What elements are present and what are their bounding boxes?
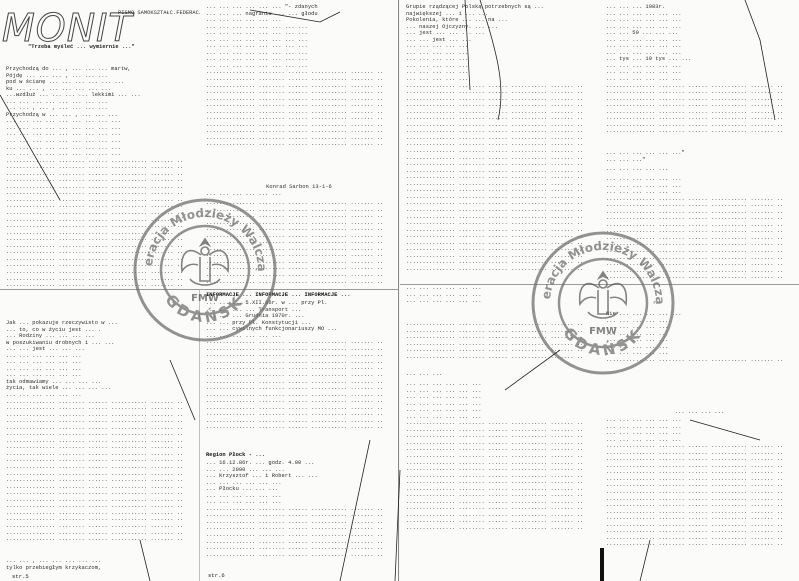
text-line: ............... ........ ...... ........… [406, 525, 594, 532]
text-line: ............... ........ ...... ........… [406, 453, 594, 460]
text-line: ............... ........ ...... ........… [6, 503, 194, 510]
page-4-text: ... ... ... 5.XII.86r. w ... przy Pl....… [206, 300, 392, 431]
fold-line [0, 289, 399, 290]
section-heading: ... ... ... ... ... ... [206, 191, 392, 198]
text-line: ............... ........ ...... ........… [206, 352, 392, 359]
text-line: ............... ........ ...... ........… [6, 418, 194, 425]
text-line: ............... ........ ...... ........… [606, 357, 793, 364]
page-1: MONIT PISMO SAMOKSZTAŁC.FEDERACJI MŁODZI… [0, 0, 200, 290]
text-line: ............... ........ ...... ........… [206, 213, 392, 220]
text-line: ... ... ... ... ... ... [406, 298, 594, 305]
text-line: ............... ........ ...... ........… [6, 223, 194, 230]
text-line: ............... ........ ...... ........… [206, 424, 392, 431]
page-6-body: ... ... ... ... ... ...... ... ... ... .… [606, 176, 793, 281]
page-number: str.6 [208, 572, 225, 579]
text-line: ............... ........ ...... ........… [406, 115, 594, 122]
text-line: ............... ........ ...... ........… [6, 236, 194, 243]
text-line: ... ... ..." [606, 157, 793, 164]
text-line: ............... ........ ...... ........… [6, 516, 194, 523]
text-line: ............... ........ ...... ........… [206, 239, 392, 246]
text-line: ............... ........ ...... ........… [6, 262, 194, 269]
text-line: "Trzeba myśleć ... [28, 44, 86, 50]
text-line: ............... ........ ...... ........… [606, 115, 793, 122]
page-6-quote: ... ... ... ... ... ..."... ... ..." [606, 150, 793, 163]
page-3: Jak ... pokazuje rzeczywisto w ...... to… [0, 290, 200, 581]
masthead-meta: PISMO SAMOKSZTAŁC.FEDERACJI MŁODZIEŻYWAL… [118, 10, 198, 16]
text-line: ............... ........ ...... ........… [606, 202, 793, 209]
page-number: str.5 [12, 573, 29, 580]
text-line: ............... ........ ...... ........… [606, 469, 793, 476]
section-heading: INFORMACJE ... INFORMACJE ... INFORMACJE… [206, 292, 392, 299]
page-6-heading: ... ... ... ... ... [606, 166, 793, 173]
page-2-signature: Konrad Sarbon 13-1-6 ... ... ... ... ...… [206, 184, 392, 197]
text-line: ............... ........ ...... ........… [406, 148, 594, 155]
text-line: ............... ........ ...... ........… [406, 207, 594, 214]
text-line: ............... ........ ...... ........… [206, 532, 392, 539]
text-line: ............... ........ ...... ........… [406, 347, 594, 354]
page-5: Grupie rządzącej Polską potrzebnych są .… [400, 0, 600, 285]
section-heading: ... ... ... ... [606, 409, 793, 416]
text-line: ............... ........ ...... ........… [606, 215, 793, 222]
text-line: ............... ........ ...... ........… [406, 200, 594, 207]
text-line: ............... ........ ...... ........… [206, 411, 392, 418]
text-line: ............... ........ ...... ........… [406, 420, 594, 427]
text-line: ............... ........ ...... ........… [206, 398, 392, 405]
page-8-body: ... ... ... ... ... ...... ... ... ... .… [606, 417, 793, 548]
page-3-text: Jak ... pokazuje rzeczywisto w ...... to… [6, 320, 194, 543]
fold-line [199, 290, 200, 581]
text-line: ............... ........ ...... ........… [606, 528, 793, 535]
text-line: ............... ........ ...... ........… [406, 174, 594, 181]
text-line: ............... ........ ...... ........… [606, 128, 793, 135]
text-line: ............... ........ ...... ........… [606, 228, 793, 235]
text-line: tylko przebiegłym krzykaczom, [6, 565, 194, 572]
text-line: ............... ........ ...... ........… [606, 541, 793, 548]
page-4-region: Region Płock - ... [206, 452, 392, 459]
text-line: ............... ........ ...... ........… [406, 354, 594, 361]
text-line: ............... ........ ...... ........… [206, 89, 392, 96]
text-line: ............... ........ ...... ........… [6, 282, 194, 289]
text-line: ............... ........ ...... ........… [6, 431, 194, 438]
page-7-top: ... ... ... ... ... ...... ... ... ... .… [406, 285, 594, 305]
page-7: ... ... ... ... ... ...... ... ... ... .… [400, 285, 600, 581]
text-line: ............... ........ ...... ........… [406, 479, 594, 486]
text-line: ............... ........ ...... ........… [206, 76, 392, 83]
text-line: ............... ........ ...... ........… [606, 102, 793, 109]
text-line: ............... ........ ...... ........… [606, 502, 793, 509]
text-line: ............... ........ ...... ........… [606, 443, 793, 450]
text-line: ............... ........ ...... ........… [6, 269, 194, 276]
text-line: ............... ........ ...... ........… [606, 248, 793, 255]
masthead-motto: "Trzeba myśleć ... wymiernie ..." [28, 44, 188, 50]
page-2-body: ............... ........ ...... ........… [206, 200, 392, 285]
page-6-text: ... ... ... 1983r.... ... ... ... ... ..… [606, 4, 793, 135]
text-line: ............... ........ ...... ........… [206, 141, 392, 148]
text-line: ............... ........ ...... ........… [606, 89, 793, 96]
page-4-heading: INFORMACJE ... INFORMACJE ... INFORMACJE… [206, 292, 392, 299]
text-line: ............... ........ ...... ........… [6, 190, 194, 197]
page-2: ... ... ... ... ... ... "- zdanych... ..… [200, 0, 398, 290]
text-line: ............... ........ ...... ........… [406, 102, 594, 109]
text-line: ............... ........ ...... ........… [6, 405, 194, 412]
text-line: ............... ........ ...... ........… [6, 210, 194, 217]
text-line: ............... ........ ...... ........… [206, 279, 392, 286]
text-line: FEDERACJI MŁODZIEŻY [176, 10, 200, 16]
text-line: ............... ........ ...... ........… [406, 187, 594, 194]
text-line: ............... ........ ...... ........… [206, 385, 392, 392]
page-8-heading: ... ... ... ... [606, 409, 793, 416]
text-line: ............... ........ ...... ........… [6, 177, 194, 184]
text-line: ............... ........ ...... ........… [206, 272, 392, 279]
page-7-intro: ............... ........ ...... ........… [406, 321, 594, 360]
text-line: ............... ........ ...... ........… [206, 226, 392, 233]
section-heading: ... ... ... [406, 371, 594, 378]
text-line: ............... ........ ...... ........… [406, 266, 594, 273]
page-7-body: ... ... ... ... ... ...... ... ... ... .… [406, 381, 594, 532]
text-line: ............... ........ ...... ........… [6, 490, 194, 497]
text-line: ............... ........ ...... ........… [606, 261, 793, 268]
text-line: ............... ........ ...... ........… [6, 536, 194, 543]
page-3-closing: ... ... , ... ... ... ... ...tylko przeb… [6, 558, 194, 571]
text-line: ............... ........ ...... ........… [206, 552, 392, 559]
text-line: ............... ........ ...... ........… [606, 515, 793, 522]
text-line: ............... ........ ...... ........… [206, 339, 392, 346]
fold-line [400, 284, 799, 285]
text-line: ............... ........ ...... ........… [206, 252, 392, 259]
text-line: ............... ........ ...... ........… [6, 249, 194, 256]
text-line: ............... ........ ...... ........… [206, 128, 392, 135]
text-line: ............... ........ ...... ........… [6, 477, 194, 484]
text-line: ............... ........ ...... ........… [206, 545, 392, 552]
text-line: ............... ........ ...... ........… [6, 523, 194, 530]
text-line: ............... ........ ...... ........… [406, 220, 594, 227]
text-line: ............... ........ ...... ........… [406, 505, 594, 512]
text-line: ............... ........ ...... ........… [406, 128, 594, 135]
text-line: ............... ........ ...... ........… [206, 200, 392, 207]
page-6: ... ... ... 1983r.... ... ... ... ... ..… [600, 0, 799, 285]
text-line: ............... ........ ...... ........… [6, 464, 194, 471]
text-line: ............... ........ ...... ........… [406, 161, 594, 168]
fold-line [398, 0, 399, 581]
text-line: ............... ........ ...... ........… [406, 259, 594, 266]
text-line: PISMO SAMOKSZTAŁC. [118, 10, 176, 16]
text-line: ............... ........ ...... ........… [6, 164, 194, 171]
text-line: ............... ........ ...... ........… [406, 89, 594, 96]
page-5-text: Grupie rządzącej Polską potrzebnych są .… [406, 4, 594, 272]
text-line: ............... ........ ...... ........… [206, 372, 392, 379]
text-line: ............... ........ ...... ........… [606, 489, 793, 496]
text-line: ............... ........ ...... ........… [406, 321, 594, 328]
page-7-heading: ... ... ... [406, 371, 594, 378]
page-4: INFORMACJE ... INFORMACJE ... INFORMACJE… [200, 290, 398, 581]
text-line: ............... ........ ...... ........… [406, 433, 594, 440]
text-line: ............... ........ ...... ........… [406, 246, 594, 253]
page-8: Nie ... ... ... ... ...... ... ... ... .… [600, 285, 799, 581]
page-1-text: Przychodzą do ... , ... ... ... martw,Pó… [6, 66, 194, 290]
page-8-text: Nie ... ... ... ... ...... ... ... ... .… [606, 311, 793, 363]
text-line: ............... ........ ...... ........… [606, 274, 793, 281]
text-line: wymiernie ..." [86, 44, 135, 50]
text-line: ............... ........ ...... ........… [206, 102, 392, 109]
text-line: ............... ........ ...... ........… [606, 456, 793, 463]
page-2-text: ... ... ... ... ... ... "- zdanych... ..… [206, 4, 392, 148]
text-line: ............... ........ ...... ........… [406, 233, 594, 240]
text-line: ............... ........ ...... ........… [406, 492, 594, 499]
text-line: ............... ........ ...... ........… [406, 466, 594, 473]
text-line: ............... ........ ...... ........… [6, 444, 194, 451]
region-heading: Region Płock - ... [206, 452, 392, 459]
text-line: ............... ........ ...... ........… [206, 115, 392, 122]
text-line: ............... ........ ...... ........… [206, 512, 392, 519]
scan-edge-mark [600, 548, 604, 581]
page-4-region-text: ... 16.12.86r. ... godz. 4.00 ...... ...… [206, 460, 392, 558]
text-line: ............... ........ ...... ........… [406, 334, 594, 341]
section-heading: ... ... ... ... ... [606, 166, 793, 173]
